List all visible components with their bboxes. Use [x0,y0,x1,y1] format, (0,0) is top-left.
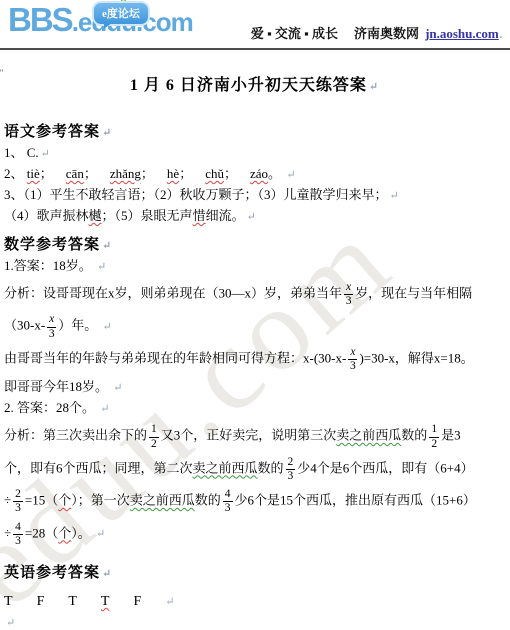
paragraph-mark-icon: ↵ [165,596,174,608]
answer-letter: F [133,594,141,609]
logo-bbs-text: BBS [8,1,72,38]
fraction: 23 [286,456,296,483]
fraction: 12 [429,423,439,450]
paragraph-mark-icon: ↵ [102,568,112,580]
math-section-heading: 数学参考答案↵ [4,235,505,256]
site-name: 济南奥数网 [354,26,419,41]
paragraph-mark-icon: ↵ [102,240,112,252]
paragraph-mark-icon: ↵ [100,403,109,415]
aoshu-link[interactable]: jn.aoshu.com [425,26,499,41]
paragraph-mark-icon: ↵ [97,261,106,273]
answer-line-cn4: （4）歌声振林樾；（5）泉眼无声惜细流。↵ [4,206,505,227]
fraction: 23 [13,488,23,515]
forum-badge: e度论坛 [92,1,150,26]
paragraph-mark-icon: ↵ [247,211,256,223]
speech-bubble-tail-icon [104,22,113,29]
answer-letter: T [4,594,13,609]
pinyin-spellcheck: hè [167,166,179,181]
answer-document: 1 月 6 日济南小升初天天练答案↵ 语文参考答案↵ 1、 C.↵ 2、 tiè… [0,76,510,630]
english-answers-row: TFTTF↵ [4,592,505,612]
answer-line-cn2: 2、 tiè； cān； zhǎng； hè； chǔ； záo。 ↵ [4,164,505,185]
fraction: x3 [344,281,353,308]
paragraph-mark-icon: ↵ [96,528,105,540]
answer-line-m1: 1.答案：18岁。 ↵ [4,256,505,277]
answer-line-m3: （30-x-x3）年。 ↵ [4,312,505,341]
paragraph-mark-icon: ↵ [286,169,295,181]
answer-line-cn3: 3、（1）平生不敢轻言语；（2）秋收万颗子；（3）儿童散学归来早；↵ [4,185,505,206]
grammar-check-phrase: 卖之前西瓜 [336,428,401,443]
answer-letter-spellcheck: T [101,594,110,609]
answer-line-m5: 即哥哥今年18岁。 ↵ [4,377,505,398]
spellcheck-word: 个 [58,525,71,540]
document-page: eduu.com BBS.eduu˘.com e度论坛 爱 ▪ 交流 ▪ 成长济… [0,0,510,630]
spellcheck-word: 樾 [89,208,102,223]
pinyin-spellcheck: chǔ [205,166,224,181]
page-title: 1 月 6 日济南小升初天天练答案↵ [4,76,505,97]
paragraph-mark-icon: ↵ [102,127,112,139]
answer-letter: T [68,594,77,609]
paragraph-mark-icon: ↵ [390,190,399,202]
fraction: 43 [13,521,23,548]
answer-line-m7: 分析：第三次卖出余下的12又3个，正好卖完，说明第三次卖之前西瓜数的12是3 [4,422,505,451]
answer-line-m2: 分析：设哥哥现在x岁，则弟弟现在（30—x）岁，弟弟当年x3岁，现在与当年相隔 [4,280,505,309]
pinyin-spellcheck: tiè [27,166,40,181]
answer-letter: F [37,594,45,609]
grammar-check-phrase: 卖之前西瓜 [130,493,195,508]
fraction: 12 [149,423,159,450]
empty-paragraph: ↵ [4,612,505,630]
paragraph-mark-icon: ↵ [113,382,122,394]
answer-line-m4: 由哥哥当年的年龄与弟弟现在的年龄相同可得方程：x-(30-x-x3)=30-x，… [4,345,505,374]
pinyin-spellcheck: cān [66,166,84,181]
paragraph-mark-icon: ↵ [6,617,15,629]
spellcheck-word: 惜 [193,208,206,223]
spellcheck-word: 个 [58,493,71,508]
chinese-section-heading: 语文参考答案↵ [4,122,505,143]
paragraph-mark-icon: ↵ [369,81,379,93]
paragraph-mark-icon: ↵ [41,148,50,160]
tagline-end-mark: . [500,30,502,40]
site-header: BBS.eduu˘.com e度论坛 爱 ▪ 交流 ▪ 成长济南奥数网jn.ao… [0,0,510,50]
answer-line-m6: 2. 答案：28个。 ↵ [4,398,505,419]
answer-line-cn1: 1、 C.↵ [4,143,505,164]
answer-line-m8: 个，即有6个西瓜；同理，第二次卖之前西瓜数的23少4个是6个西瓜，即有（6+4） [4,455,505,484]
slogan-text: 爱 ▪ 交流 ▪ 成长 [251,26,338,41]
english-section-heading: 英语参考答案↵ [4,563,505,584]
fraction: 43 [223,488,233,515]
fraction: x3 [47,313,56,340]
paragraph-mark-icon: ↵ [103,321,112,333]
pinyin-spellcheck: zhǎng [110,166,141,181]
grammar-check-phrase: 卖之前西瓜 [193,460,258,475]
header-tagline: 爱 ▪ 交流 ▪ 成长济南奥数网jn.aoshu.com. [251,23,502,42]
answer-line-m9: ÷23=15（个）；第一次卖之前西瓜数的43少6个是15个西瓜，推出原有西瓜（1… [4,487,505,516]
stray-mark: '' [0,68,3,78]
fraction: x3 [348,346,357,373]
answer-line-m10: ÷43=28（个）。 ↵ [4,520,505,549]
pinyin-spellcheck: záo [250,166,268,181]
